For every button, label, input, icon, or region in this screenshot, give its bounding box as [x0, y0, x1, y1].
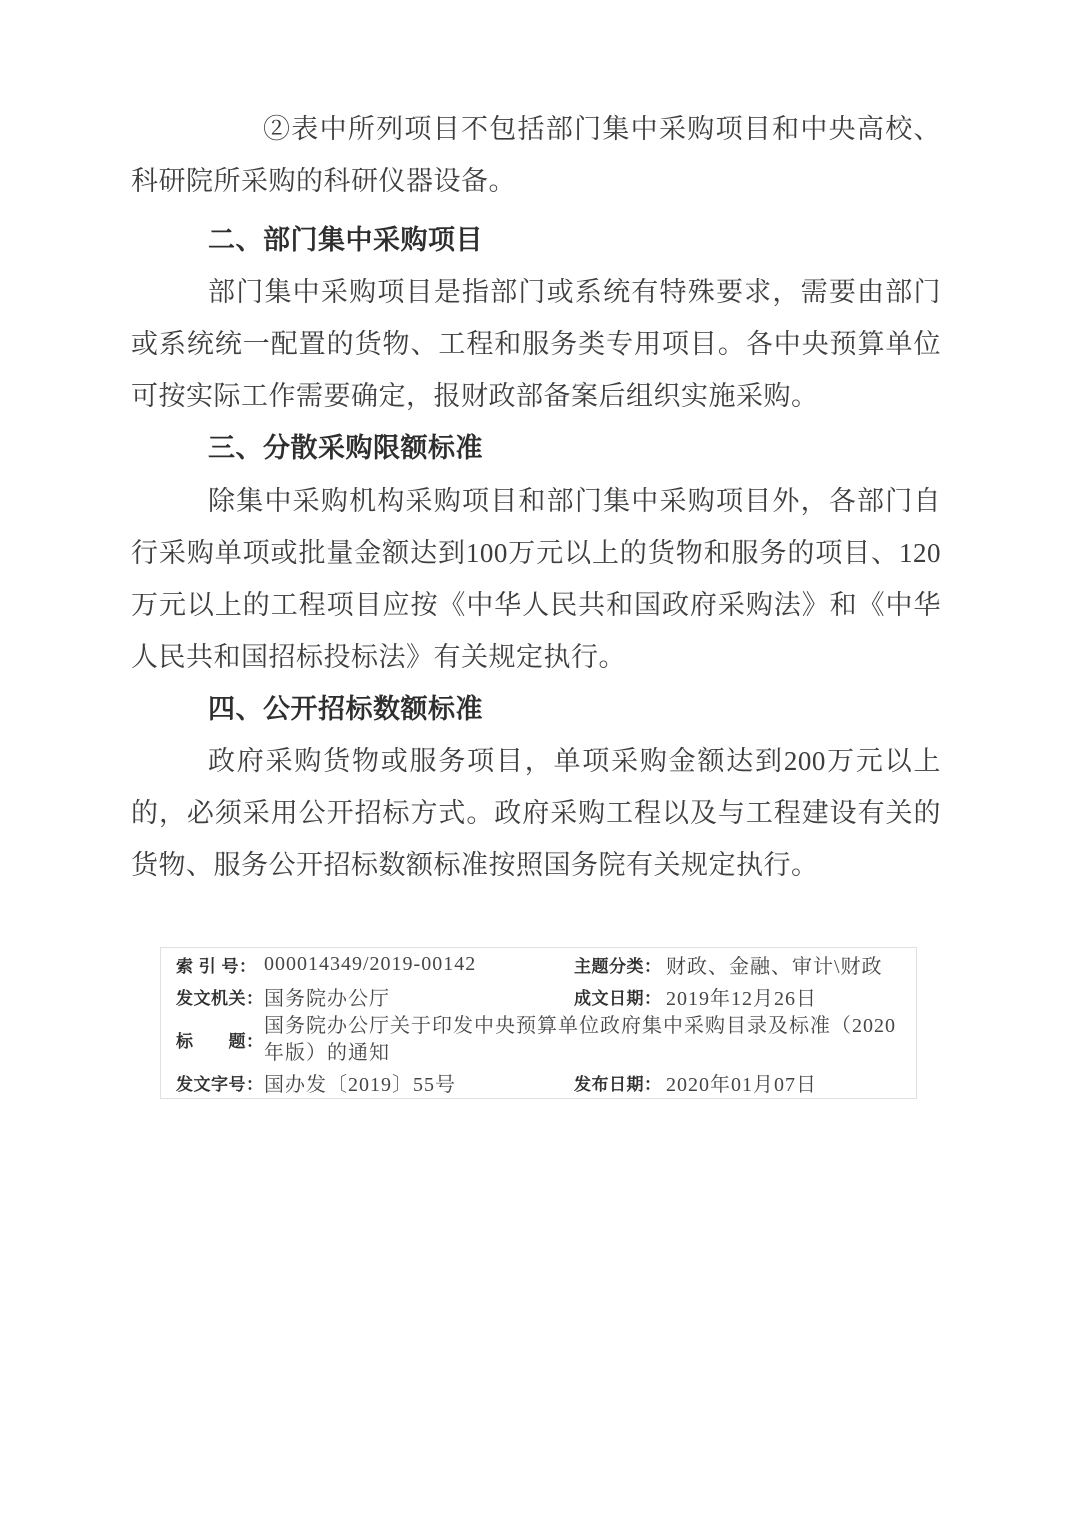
meta-written-date-value: 2019年12月26日 [666, 982, 916, 1011]
section-heading-open-tender-threshold: 四、公开招标数额标准 [131, 683, 941, 735]
section-heading-decentralized-limit: 三、分散采购限额标准 [131, 422, 941, 474]
note-paragraph-2: ②表中所列项目不包括部门集中采购项目和中央高校、科研院所采购的科研仪器设备。 [131, 103, 941, 207]
meta-issuing-agency-value: 国务院办公厅 [264, 982, 559, 1011]
meta-title-value: 国务院办公厅关于印发中央预算单位政府集中采购目录及标准（2020年版）的通知 [264, 1013, 916, 1067]
document-metadata-table: 索 引 号： 000014349/2019-00142 主题分类： 财政、金融、… [160, 947, 917, 1099]
paragraph-decentralized-limit: 除集中采购机构采购项目和部门集中采购项目外，各部门自行采购单项或批量金额达到10… [131, 475, 941, 683]
meta-document-number-value: 国办发〔2019〕55号 [264, 1068, 559, 1097]
paragraph-open-tender-threshold: 政府采购货物或服务项目，单项采购金额达到200万元以上的，必须采用公开招标方式。… [131, 735, 941, 891]
document-page: ②表中所列项目不包括部门集中采购项目和中央高校、科研院所采购的科研仪器设备。 二… [0, 0, 1074, 1520]
meta-index-number-value: 000014349/2019-00142 [264, 953, 559, 976]
paragraph-departmental-procurement: 部门集中采购项目是指部门或系统有特殊要求，需要由部门或系统统一配置的货物、工程和… [131, 266, 941, 422]
section-heading-departmental-procurement: 二、部门集中采购项目 [131, 214, 941, 266]
meta-title-label: 标 题： [161, 1027, 264, 1052]
meta-document-number-label: 发文字号： [161, 1070, 264, 1095]
meta-publish-date-value: 2020年01月07日 [666, 1068, 916, 1097]
meta-topic-category-value: 财政、金融、审计\财政 [666, 950, 916, 979]
meta-issuing-agency-label: 发文机关： [161, 984, 264, 1009]
meta-written-date-label: 成文日期： [559, 984, 666, 1009]
meta-index-number-label: 索 引 号： [161, 952, 264, 977]
meta-topic-category-label: 主题分类： [559, 952, 666, 977]
meta-publish-date-label: 发布日期： [559, 1070, 666, 1095]
